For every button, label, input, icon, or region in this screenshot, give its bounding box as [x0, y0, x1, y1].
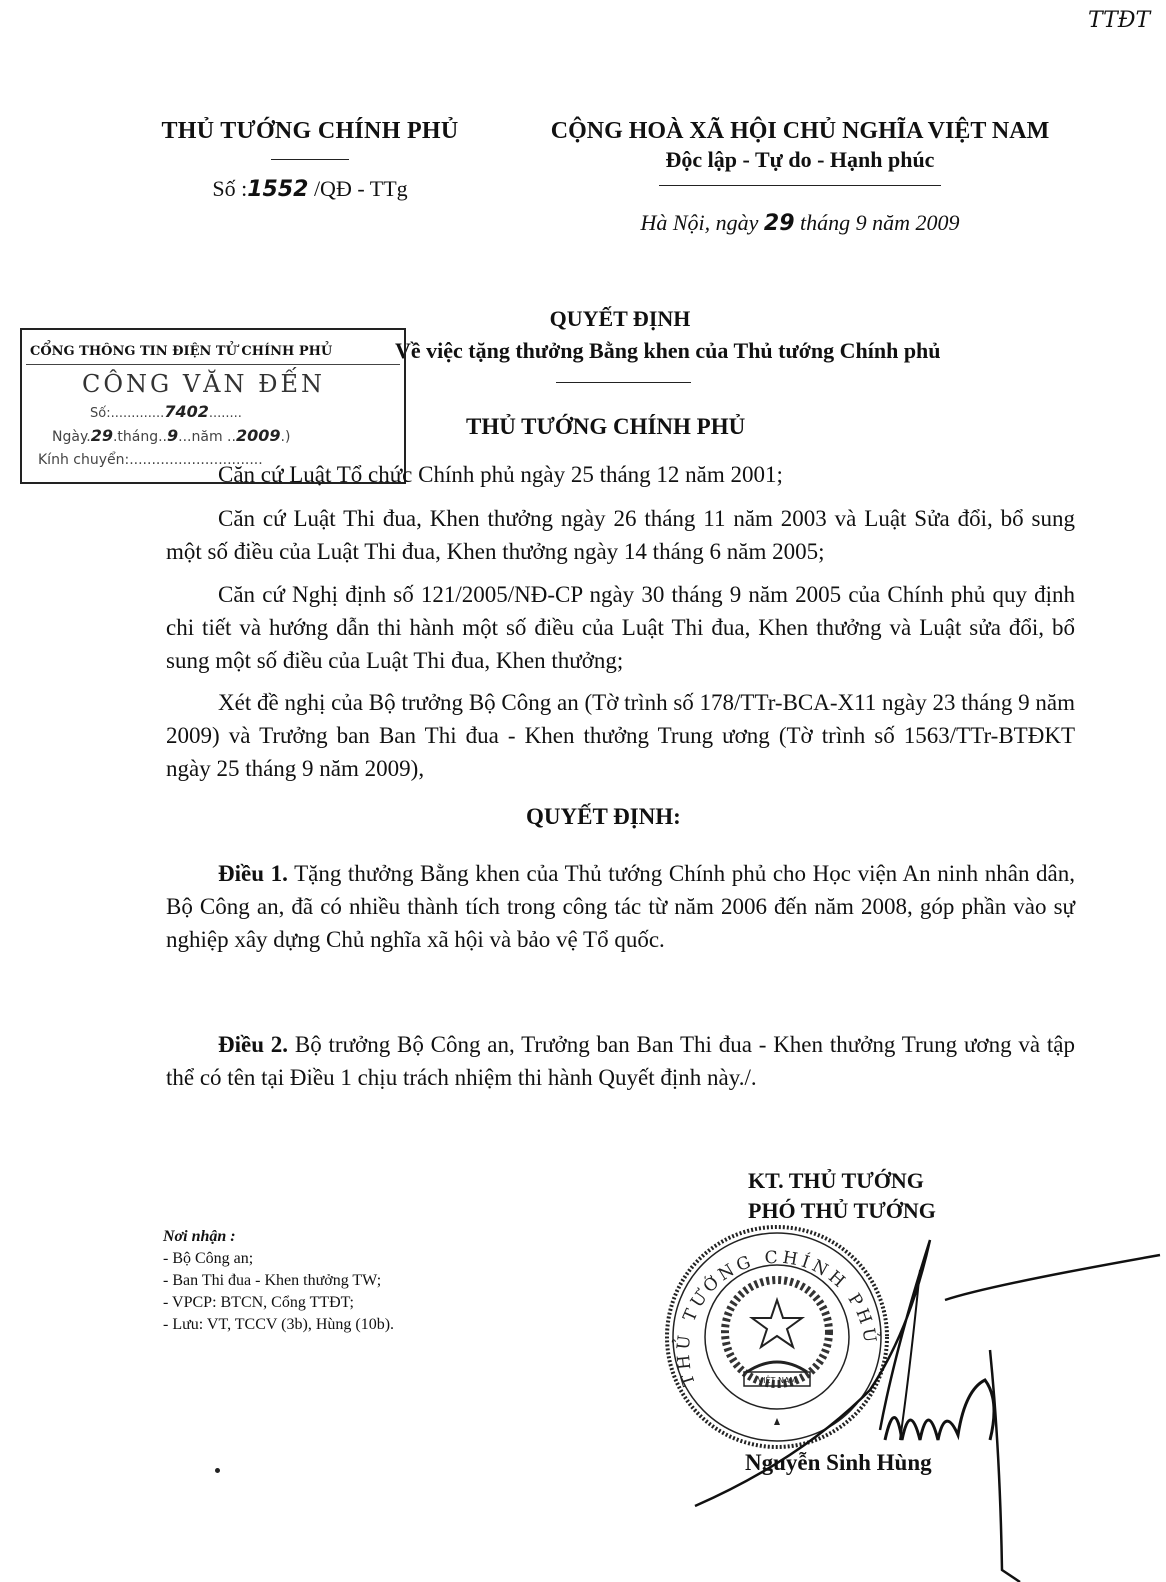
corner-handwritten-mark: TTĐT: [1088, 8, 1150, 33]
preamble-3: Căn cứ Nghị định số 121/2005/NĐ-CP ngày …: [166, 578, 1075, 677]
preamble-4: Xét đề nghị của Bộ trưởng Bộ Công an (Tờ…: [166, 686, 1075, 785]
nation-name: CỘNG HOÀ XÃ HỘI CHỦ NGHĨA VIỆT NAM: [520, 118, 1080, 145]
handwritten-signature-icon: [640, 1200, 1166, 1582]
article-1: Điều 1. Tặng thưởng Bằng khen của Thủ tư…: [166, 857, 1075, 956]
issuer-name: THỦ TƯỚNG CHÍNH PHỦ: [140, 118, 480, 145]
scan-speck: [215, 1468, 220, 1473]
national-motto: Độc lập - Tự do - Hạnh phúc: [520, 147, 1080, 173]
issuer-block: THỦ TƯỚNG CHÍNH PHỦ Số :1552 /QĐ - TTg: [140, 118, 480, 202]
recipients-label: Nơi nhận :: [163, 1226, 394, 1248]
national-header: CỘNG HOÀ XÃ HỘI CHỦ NGHĨA VIỆT NAM Độc l…: [520, 118, 1080, 236]
issue-date: Hà Nội, ngày 29 tháng 9 năm 2009: [520, 210, 1080, 236]
issuing-authority: THỦ TƯỚNG CHÍNH PHỦ: [466, 414, 745, 440]
decision-heading: QUYẾT ĐỊNH:: [526, 804, 681, 830]
stamp-divider: [26, 364, 400, 365]
stamp-heading: CÔNG VĂN ĐẾN: [82, 370, 325, 398]
document-subtitle: Về việc tặng thưởng Bằng khen của Thủ tư…: [395, 338, 941, 364]
recipient-item: - Lưu: VT, TCCV (3b), Hùng (10b).: [163, 1314, 394, 1336]
recipient-item: - Ban Thi đua - Khen thưởng TW;: [163, 1270, 394, 1292]
document-number: Số :1552 /QĐ - TTg: [140, 176, 480, 202]
preamble-1: Căn cứ Luật Tổ chức Chính phủ ngày 25 th…: [218, 458, 1075, 491]
document-number-value: 1552: [247, 177, 308, 202]
subtitle-divider: [556, 382, 691, 383]
stamp-date: Ngày.29.tháng..9...năm ..2009.): [52, 426, 290, 445]
stamp-number: Số:.............7402........: [90, 402, 242, 421]
stamp-portal-name: CỔNG THÔNG TIN ĐIỆN TỬ CHÍNH PHỦ: [30, 344, 332, 359]
recipient-item: - Bộ Công an;: [163, 1248, 394, 1270]
signatory-title: KT. THỦ TƯỚNG PHÓ THỦ TƯỚNG: [748, 1166, 936, 1226]
motto-divider: [659, 185, 941, 186]
preamble-2: Căn cứ Luật Thi đua, Khen thưởng ngày 26…: [166, 502, 1075, 568]
signatory-name: Nguyễn Sinh Hùng: [745, 1450, 932, 1476]
recipient-item: - VPCP: BTCN, Cổng TTĐT;: [163, 1292, 394, 1314]
recipients-block: Nơi nhận : - Bộ Công an; - Ban Thi đua -…: [163, 1226, 394, 1336]
article-2: Điều 2. Bộ trưởng Bộ Công an, Trưởng ban…: [166, 1028, 1075, 1094]
issuer-divider: [271, 159, 349, 160]
